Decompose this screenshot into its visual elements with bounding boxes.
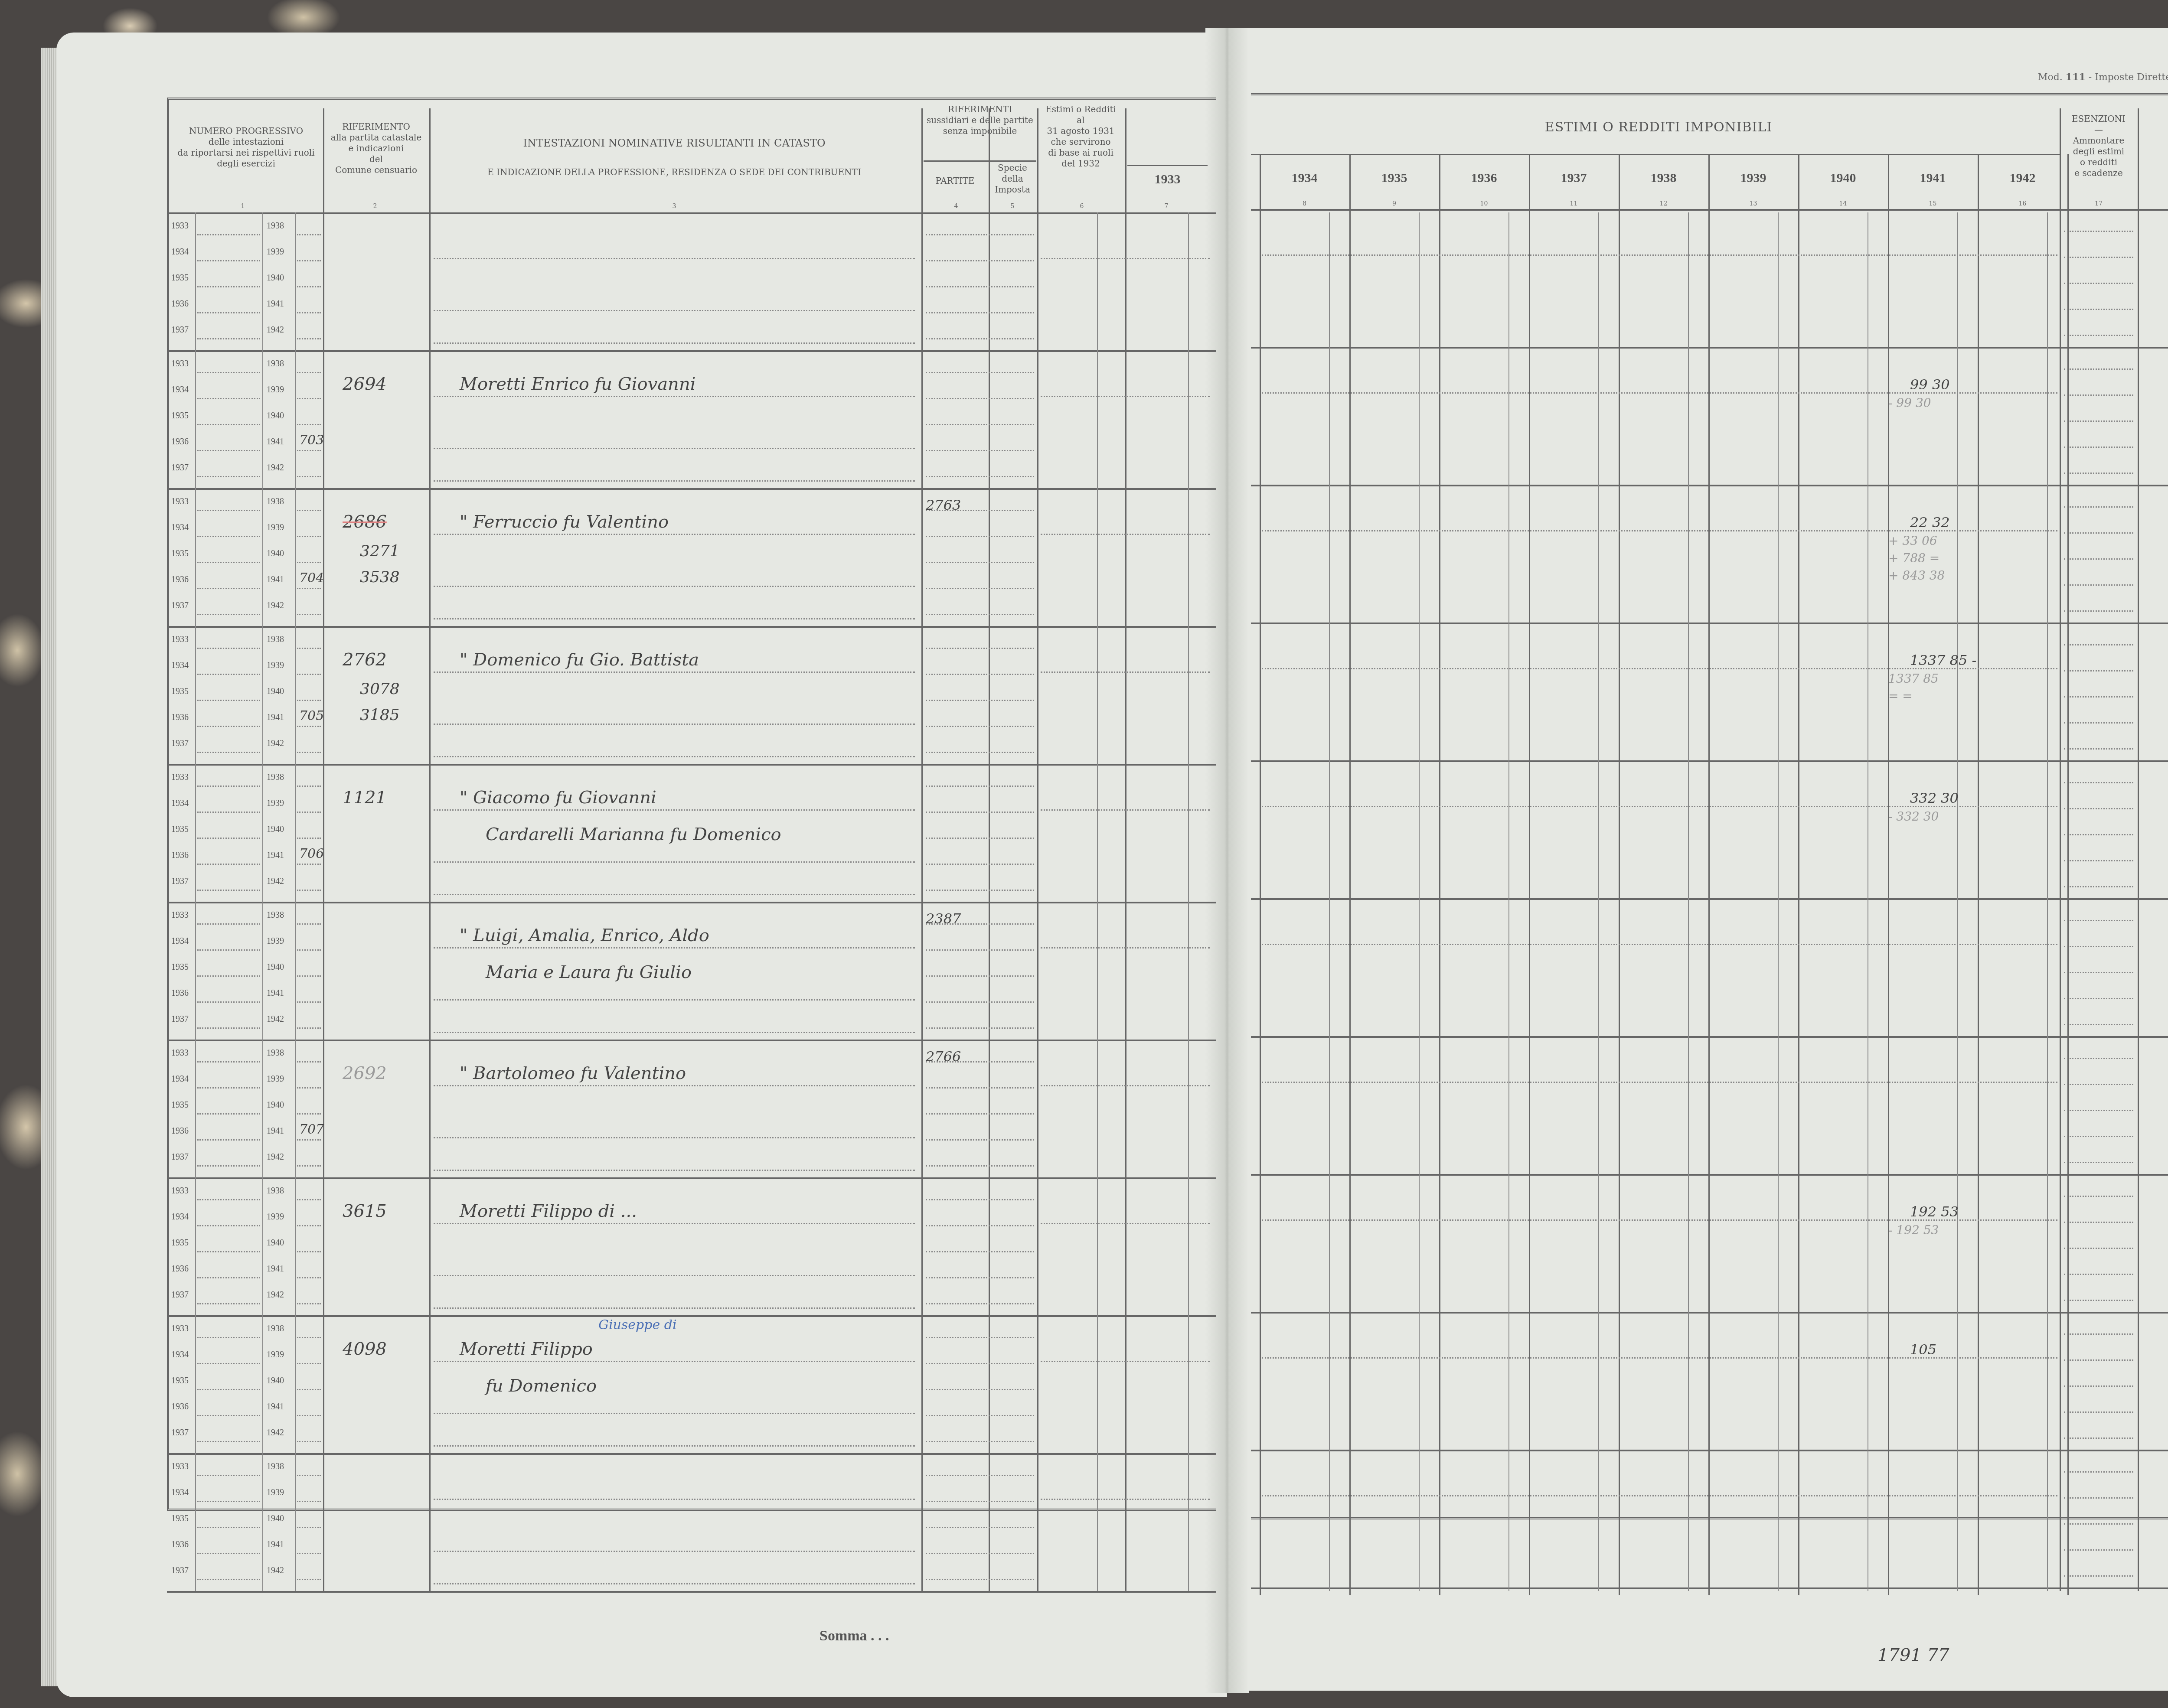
year-cell: 1934 — [171, 247, 189, 257]
dotted-rule — [297, 1501, 321, 1502]
dotted-rule — [926, 372, 1034, 373]
header-line: Ammontare — [2062, 135, 2135, 146]
dotted-rule — [197, 1001, 260, 1003]
dotted-rule — [434, 999, 915, 1001]
dotted-rule — [2064, 1110, 2133, 1111]
dotted-rule — [297, 923, 321, 925]
year-cell: 1935 — [171, 411, 189, 421]
dotted-rule — [926, 398, 1034, 399]
dotted-rule — [197, 1113, 260, 1115]
dotted-rule — [1041, 1361, 1210, 1362]
dotted-rule — [297, 562, 321, 563]
dotted-rule — [926, 1113, 1034, 1115]
dotted-rule — [926, 536, 1034, 537]
dotted-rule — [926, 1165, 1034, 1167]
form-prefix: Mod. — [2038, 72, 2063, 83]
sum-value-1941: 1791 77 — [1877, 1645, 1949, 1665]
dotted-rule — [297, 338, 321, 339]
year-cell: 1939 — [267, 936, 284, 946]
dotted-rule — [926, 1001, 1034, 1003]
dotted-rule — [197, 536, 260, 537]
dotted-rule — [926, 752, 1034, 753]
year-cell: 1942 — [267, 1152, 284, 1162]
header-line: delle intestazioni — [169, 137, 323, 147]
column-divider-thin — [195, 212, 196, 1591]
row-separator — [167, 1177, 1216, 1179]
dotted-rule — [434, 396, 915, 397]
dotted-rule — [2064, 283, 2133, 284]
row-separator — [167, 1591, 1216, 1593]
header-progressive-number: NUMERO PROGRESSIVO delle intestazioni da… — [169, 126, 323, 169]
dotted-rule — [2064, 257, 2133, 258]
dotted-rule — [1041, 534, 1210, 535]
dotted-rule — [1041, 1499, 1210, 1500]
dotted-rule — [926, 1389, 1034, 1390]
dotted-rule — [926, 1139, 1034, 1141]
dotted-rule — [926, 1527, 1034, 1528]
column-divider — [1798, 154, 1799, 1595]
dotted-rule — [297, 1139, 321, 1141]
taxpayer-name: Moretti Filippo di ... — [460, 1201, 637, 1221]
year-cell: 1939 — [267, 1212, 284, 1222]
header-line: al — [1038, 115, 1123, 126]
dotted-rule — [197, 812, 260, 813]
header-title: ESTIMI O REDDITI IMPONIBILI — [1257, 119, 2060, 136]
dotted-rule — [2064, 1497, 2133, 1499]
dotted-rule — [297, 1303, 321, 1304]
dotted-rule — [2064, 1523, 2133, 1525]
dotted-rule — [197, 614, 260, 615]
value-1941-calc: + 33 06 — [1888, 534, 1937, 548]
column-number: 1 — [234, 203, 251, 210]
dotted-rule — [434, 310, 915, 311]
dotted-rule — [2064, 1549, 2133, 1551]
column-divider — [1978, 154, 1979, 1595]
taxpayer-name: " Luigi, Amalia, Enrico, Aldo — [460, 926, 709, 945]
year-cell: 1942 — [267, 1428, 284, 1438]
dotted-rule — [297, 1165, 321, 1167]
year-cell: 1933 — [171, 497, 189, 507]
header-line: senza imponibile — [924, 126, 1036, 137]
dotted-rule — [1041, 809, 1210, 811]
dotted-rule — [2064, 309, 2133, 310]
dotted-rule — [297, 1389, 321, 1390]
dotted-rule — [297, 1061, 321, 1063]
dotted-rule — [434, 1445, 915, 1447]
column-divider — [1125, 108, 1126, 1591]
header-line: del — [327, 154, 425, 165]
year-label: 1942 — [1978, 170, 2067, 186]
dotted-rule — [297, 838, 321, 839]
dotted-rule — [297, 510, 321, 511]
taxpayer-name: Moretti Enrico fu Giovanni — [460, 374, 695, 394]
column-number: 9 — [1386, 200, 1403, 207]
dotted-rule — [2064, 972, 2133, 973]
header-title: ESENZIONI — [2062, 114, 2135, 124]
dotted-rule — [197, 1337, 260, 1338]
row-separator — [167, 488, 1216, 490]
dotted-rule — [434, 756, 915, 757]
dotted-rule — [434, 947, 915, 949]
cadastral-partita: 3615 — [343, 1201, 387, 1221]
dotted-rule — [2064, 920, 2133, 921]
dotted-rule — [197, 562, 260, 563]
dotted-rule — [434, 1137, 915, 1138]
year-cell: 1934 — [171, 799, 189, 808]
year-cell: 1936 — [171, 299, 189, 309]
dotted-rule — [197, 648, 260, 649]
progressive-number: 706 — [299, 846, 324, 861]
dotted-rule — [2064, 420, 2133, 422]
row-separator — [167, 1040, 1216, 1041]
dotted-rule — [2064, 1300, 2133, 1301]
year-cell: 1936 — [171, 713, 189, 723]
dotted-rule — [926, 450, 1034, 451]
dotted-rule — [297, 286, 321, 287]
year-cell: 1937 — [171, 325, 189, 335]
dotted-rule — [297, 1225, 321, 1226]
dotted-rule — [297, 372, 321, 373]
header-annotations: ANNOTAZIONI — [2140, 145, 2168, 158]
year-cell: 1941 — [267, 299, 284, 309]
cadastral-partita: 2686 — [343, 512, 387, 532]
year-cell: 1933 — [171, 910, 189, 920]
dotted-rule — [926, 1501, 1034, 1502]
dotted-rule — [2064, 1222, 2133, 1223]
header-estimates-1931: Estimi o Redditi al 31 agosto 1931 che s… — [1038, 104, 1123, 169]
year-cell: 1935 — [171, 273, 189, 283]
dotted-rule — [297, 674, 321, 675]
year-cell: 1939 — [267, 1074, 284, 1084]
dotted-rule — [197, 1475, 260, 1476]
taxpayer-name-insert: Giuseppe di — [598, 1317, 677, 1333]
column-number: 14 — [1835, 200, 1852, 207]
dotted-rule — [434, 1413, 915, 1414]
year-cell: 1938 — [267, 497, 284, 507]
header-year-1941: 1941 — [1888, 170, 1978, 186]
dotted-rule — [926, 812, 1034, 813]
progressive-number: 704 — [299, 570, 324, 586]
dotted-rule — [197, 1199, 260, 1200]
year-label: 1934 — [1260, 170, 1349, 186]
year-cell: 1942 — [267, 601, 284, 611]
taxpayer-name: " Giacomo fu Giovanni — [460, 788, 656, 808]
year-cell: 1933 — [171, 635, 189, 645]
dotted-rule — [1041, 947, 1210, 949]
dotted-rule — [2064, 1024, 2133, 1025]
year-cell: 1940 — [267, 1238, 284, 1248]
year-cell: 1937 — [171, 463, 189, 473]
year-label: 1941 — [1888, 170, 1978, 186]
dotted-rule — [197, 286, 260, 287]
dotted-rule — [434, 448, 915, 449]
year-cell: 1933 — [171, 1186, 189, 1196]
row-separator — [167, 1453, 1216, 1455]
dotted-rule — [926, 1579, 1034, 1580]
dotted-rule — [2064, 1411, 2133, 1413]
dotted-rule — [926, 1337, 1034, 1338]
dotted-rule — [2064, 782, 2133, 783]
dotted-rule — [926, 674, 1034, 675]
dotted-rule — [2064, 1359, 2133, 1361]
dotted-rule — [197, 726, 260, 727]
column-number: 12 — [1655, 200, 1672, 207]
dotted-rule — [297, 1277, 321, 1278]
year-cell: 1935 — [171, 962, 189, 972]
column-divider-thin — [1957, 212, 1958, 1591]
row-separator — [167, 212, 1216, 214]
dotted-rule — [197, 1303, 260, 1304]
dotted-rule — [2064, 558, 2133, 560]
year-cell: 1937 — [171, 1014, 189, 1024]
column-divider-thin — [1778, 212, 1779, 1591]
dotted-rule — [1041, 1223, 1210, 1224]
dotted-rule — [926, 726, 1034, 727]
dotted-rule — [2064, 834, 2133, 835]
year-cell: 1938 — [267, 910, 284, 920]
year-cell: 1936 — [171, 1540, 189, 1550]
year-cell: 1942 — [267, 325, 284, 335]
column-number: 17 — [2090, 200, 2107, 207]
header-year-1939: 1939 — [1708, 170, 1798, 186]
dotted-rule — [297, 1363, 321, 1364]
year-cell: 1933 — [171, 1048, 189, 1058]
row-separator — [167, 350, 1216, 352]
year-cell: 1938 — [267, 1186, 284, 1196]
year-label: 1938 — [1619, 170, 1708, 186]
partite-reference: 2766 — [926, 1048, 961, 1065]
dotted-rule — [197, 260, 260, 261]
dotted-rule — [297, 975, 321, 977]
header-partite: PARTITE — [924, 176, 986, 186]
column-number: 7 — [1158, 203, 1175, 210]
dotted-rule — [926, 1087, 1034, 1089]
dotted-rule — [297, 614, 321, 615]
column-number: 6 — [1073, 203, 1091, 210]
cadastral-partita: 2762 — [343, 650, 387, 670]
dotted-rule — [297, 260, 321, 261]
dotted-rule — [197, 1251, 260, 1252]
dotted-rule — [297, 1027, 321, 1029]
dotted-rule — [297, 1001, 321, 1003]
dotted-rule — [926, 286, 1034, 287]
year-cell: 1939 — [267, 661, 284, 671]
header-exemptions: ESENZIONI — Ammontare degli estimi o red… — [2062, 114, 2135, 179]
form-identifier: Mod. 111 - Imposte Dirette (Intercalare)… — [2038, 72, 2168, 83]
year-cell: 1940 — [267, 825, 284, 834]
column-divider-thin — [262, 212, 263, 1591]
dotted-rule — [434, 1275, 915, 1276]
dotted-rule — [1041, 258, 1210, 259]
column-divider-thin — [1598, 212, 1599, 1591]
dotted-rule — [197, 398, 260, 399]
dotted-rule — [434, 1085, 915, 1086]
dotted-rule — [434, 1223, 915, 1224]
header-year-1935: 1935 — [1349, 170, 1439, 186]
year-cell: 1935 — [171, 825, 189, 834]
dotted-rule — [297, 398, 321, 399]
dotted-rule — [926, 234, 1034, 235]
cadastral-partita-extra: 3185 — [360, 706, 400, 724]
value-1941: 99 30 — [1910, 376, 1950, 393]
year-cell: 1935 — [171, 1238, 189, 1248]
column-divider-thin — [1097, 212, 1098, 1591]
dotted-rule — [2064, 610, 2133, 612]
dotted-rule — [434, 258, 915, 259]
dotted-rule — [434, 480, 915, 482]
dotted-rule — [297, 949, 321, 951]
dotted-rule — [2064, 1471, 2133, 1473]
header-line: sussidiari e delle partite — [924, 115, 1036, 126]
dotted-rule — [2064, 1248, 2133, 1249]
year-label: 1939 — [1708, 170, 1798, 186]
year-cell: 1934 — [171, 1074, 189, 1084]
dotted-rule — [1262, 1495, 2057, 1496]
dotted-rule — [2064, 532, 2133, 534]
dotted-rule — [926, 1225, 1034, 1226]
dotted-rule — [2064, 1575, 2133, 1577]
cadastral-partita-extra: 3078 — [360, 680, 400, 698]
dotted-rule — [434, 618, 915, 619]
dotted-rule — [434, 724, 915, 725]
cadastral-partita: 2692 — [343, 1063, 387, 1083]
year-cell: 1942 — [267, 877, 284, 887]
dotted-rule — [434, 1032, 915, 1033]
dotted-rule — [2064, 1274, 2133, 1275]
column-number: 5 — [1004, 203, 1021, 210]
dotted-rule — [2064, 368, 2133, 370]
year-cell: 1939 — [267, 523, 284, 533]
dotted-rule — [926, 1363, 1034, 1364]
dotted-rule — [926, 476, 1034, 477]
year-cell: 1934 — [171, 385, 189, 395]
dotted-rule — [434, 894, 915, 895]
dotted-rule — [197, 588, 260, 589]
column-number: 13 — [1745, 200, 1762, 207]
year-label: 1940 — [1798, 170, 1888, 186]
year-cell: 1933 — [171, 1462, 189, 1472]
taxpayer-name: Moretti Filippo — [460, 1339, 593, 1359]
dotted-rule — [926, 1251, 1034, 1252]
dotted-rule — [2064, 1084, 2133, 1085]
header-tax-type: Specie della Imposta — [989, 163, 1036, 195]
year-cell: 1937 — [171, 1566, 189, 1576]
dotted-rule — [297, 726, 321, 727]
header-line: Comune censuario — [327, 165, 425, 176]
dotted-rule — [297, 450, 321, 451]
header-divider — [1251, 154, 2060, 155]
dotted-rule — [297, 234, 321, 235]
dotted-rule — [197, 1363, 260, 1364]
cadastral-partita: 1121 — [343, 788, 387, 808]
dotted-rule — [197, 424, 260, 425]
header-dash: — — [2062, 124, 2135, 135]
row-separator — [167, 626, 1216, 628]
dotted-rule — [297, 1251, 321, 1252]
dotted-rule — [197, 1027, 260, 1029]
column-divider — [1619, 154, 1620, 1595]
year-cell: 1942 — [267, 463, 284, 473]
year-cell: 1936 — [171, 851, 189, 861]
dotted-rule — [434, 534, 915, 535]
row-separator — [167, 902, 1216, 903]
value-1941: 332 30 — [1910, 790, 1959, 806]
year-cell: 1933 — [171, 1324, 189, 1334]
dotted-rule — [2064, 1162, 2133, 1163]
dotted-rule — [926, 1415, 1034, 1416]
cadastral-partita-extra: 3538 — [360, 568, 400, 586]
header-line: alla partita catastale — [327, 132, 425, 143]
column-divider-thin — [2047, 212, 2048, 1591]
dotted-rule — [1041, 671, 1210, 673]
row-separator — [167, 1315, 1216, 1317]
header-title: Specie della Imposta — [989, 163, 1036, 195]
dotted-rule — [297, 700, 321, 701]
dotted-rule — [434, 809, 915, 811]
dotted-rule — [197, 890, 260, 891]
dotted-rule — [926, 1027, 1034, 1029]
year-cell: 1940 — [267, 687, 284, 697]
dotted-rule — [297, 864, 321, 865]
header-title: PARTITE — [924, 176, 986, 186]
year-cell: 1936 — [171, 437, 189, 447]
dotted-rule — [197, 1579, 260, 1580]
dotted-rule — [434, 1307, 915, 1309]
year-cell: 1937 — [171, 739, 189, 749]
dotted-rule — [197, 338, 260, 339]
dotted-rule — [197, 476, 260, 477]
dotted-rule — [197, 786, 260, 787]
header-title: Estimi o Redditi — [1038, 104, 1123, 115]
dotted-rule — [926, 562, 1034, 563]
taxpayer-name-line2: Maria e Laura fu Giulio — [486, 962, 692, 982]
year-cell: 1936 — [171, 988, 189, 998]
dotted-rule — [297, 588, 321, 589]
column-number: 10 — [1476, 200, 1493, 207]
sum-label: Somma . . . — [820, 1628, 889, 1644]
dotted-rule — [297, 812, 321, 813]
dotted-rule — [926, 700, 1034, 701]
dotted-rule — [926, 260, 1034, 261]
dotted-rule — [197, 1389, 260, 1390]
taxpayer-name-line2: Cardarelli Marianna fu Domenico — [486, 825, 781, 844]
header-line: degli esercizi — [169, 158, 323, 169]
year-cell: 1936 — [171, 1402, 189, 1412]
year-cell: 1937 — [171, 1428, 189, 1438]
dotted-rule — [434, 1583, 915, 1584]
dotted-rule — [434, 1170, 915, 1171]
column-divider — [1260, 154, 1261, 1595]
value-1941-calc: 1337 85 — [1888, 671, 1939, 686]
progressive-number: 703 — [299, 433, 324, 448]
column-number: 4 — [947, 203, 965, 210]
dotted-rule — [297, 1113, 321, 1115]
year-cell: 1935 — [171, 1514, 189, 1524]
year-cell: 1940 — [267, 411, 284, 421]
dotted-rule — [297, 424, 321, 425]
header-line: del 1932 — [1038, 158, 1123, 169]
header-nominative-entries: INTESTAZIONI NOMINATIVE RISULTANTI IN CA… — [429, 137, 919, 178]
header-line: da riportarsi nei rispettivi ruoli — [169, 147, 323, 158]
taxpayer-name: " Bartolomeo fu Valentino — [460, 1063, 686, 1083]
header-subtitle: E INDICAZIONE DELLA PROFESSIONE, RESIDEN… — [429, 167, 919, 178]
year-cell: 1934 — [171, 1350, 189, 1360]
dotted-rule — [197, 1441, 260, 1442]
header-line: che servirono — [1038, 137, 1123, 147]
value-1941: 192 53 — [1910, 1203, 1959, 1220]
year-cell: 1938 — [267, 1462, 284, 1472]
year-cell: 1941 — [267, 437, 284, 447]
